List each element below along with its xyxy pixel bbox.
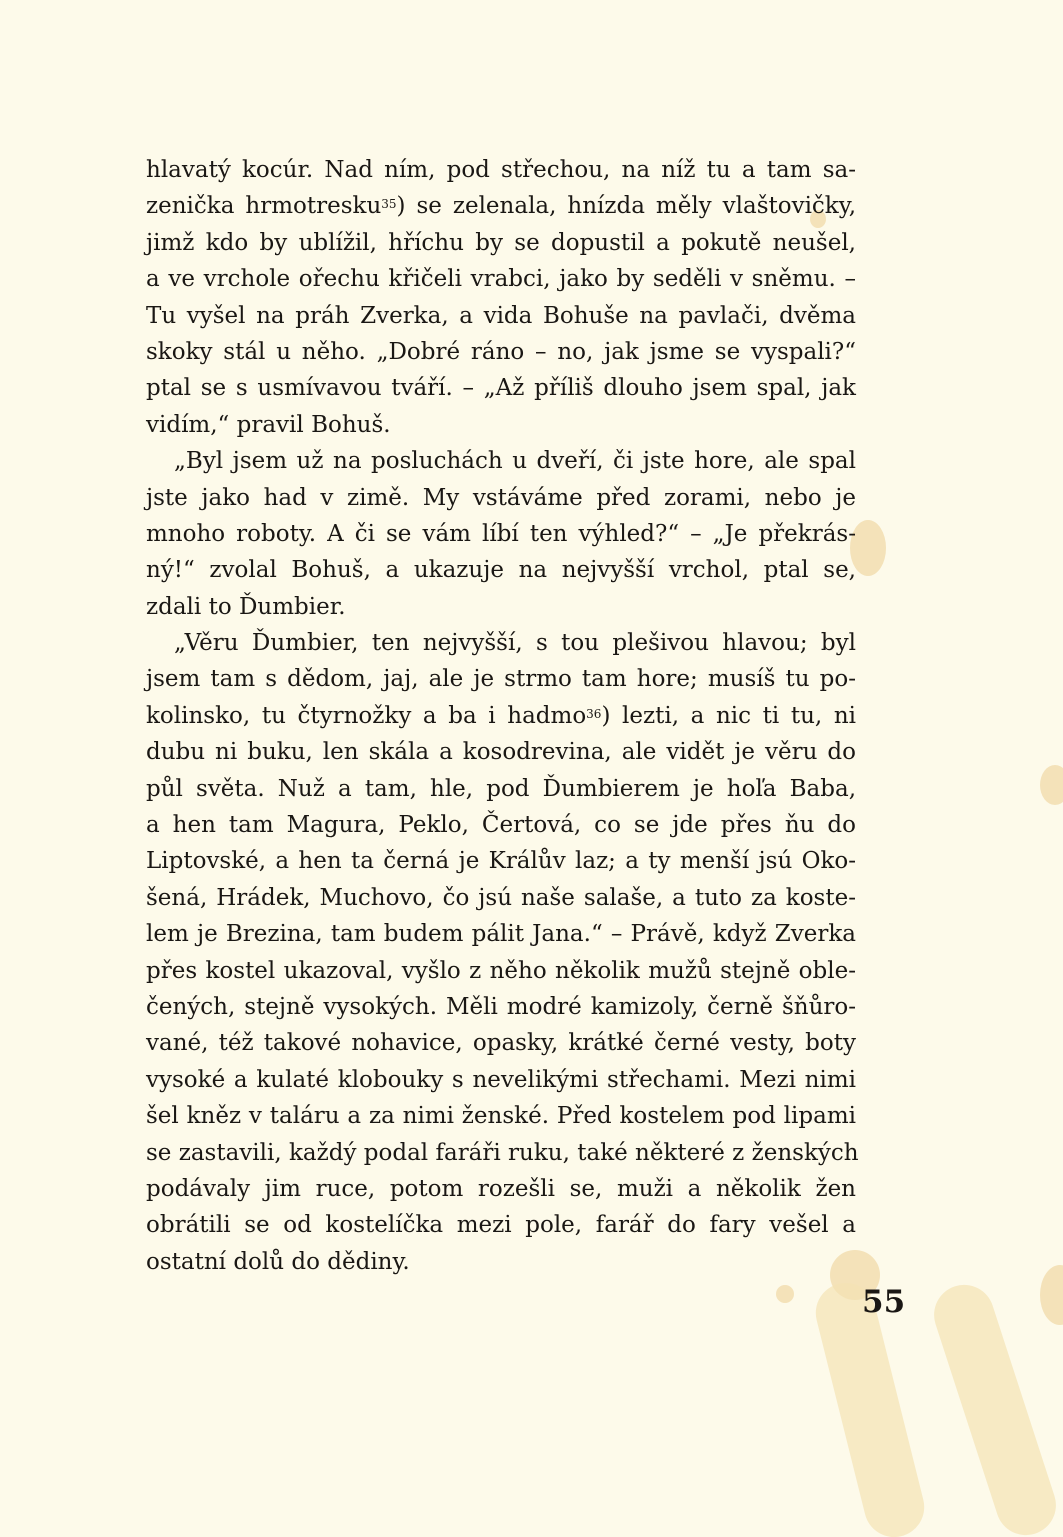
text-line: skoky stál u něho. „Dobré ráno – no, jak…: [146, 334, 856, 370]
text-line: zdali to Ďumbier.: [146, 589, 856, 625]
text-line: jimž kdo by ublížil, hříchu by se dopust…: [146, 225, 856, 261]
text-line: ostatní dolů do dědiny.: [146, 1244, 856, 1280]
text-line: „Věru Ďumbier, ten nejvyšší, s tou pleši…: [146, 625, 856, 661]
text-line: ný!“ zvolal Bohuš, a ukazuje na nejvyšší…: [146, 552, 856, 588]
page-number: 55: [862, 1284, 905, 1320]
paragraph-3: „Věru Ďumbier, ten nejvyšší, s tou pleši…: [146, 625, 856, 1280]
text-line: se zastavili, každý podal faráři ruku, t…: [146, 1135, 856, 1171]
paragraph-2: „Byl jsem už na posluchách u dveří, či j…: [146, 443, 856, 625]
text-line: jsem tam s dědom, jaj, ale je strmo tam …: [146, 661, 856, 697]
text-line: obrátili se od kostelíčka mezi pole, far…: [146, 1207, 856, 1243]
paper-stain: [1040, 765, 1063, 805]
text-line: dubu ni buku, len skála a kosodrevina, a…: [146, 734, 856, 770]
footnote-ref: 36: [586, 707, 601, 721]
text-line: hlavatý kocúr. Nad ním, pod střechou, na…: [146, 152, 856, 188]
paper-streak: [926, 1277, 1063, 1537]
paragraph-1: hlavatý kocúr. Nad ním, pod střechou, na…: [146, 152, 856, 443]
text-line: přes kostel ukazoval, vyšlo z něho někol…: [146, 953, 856, 989]
text-line: půl světa. Nuž a tam, hle, pod Ďumbierem…: [146, 771, 856, 807]
text-line: a ve vrchole ořechu křičeli vrabci, jako…: [146, 261, 856, 297]
paper-stain: [1040, 1265, 1063, 1325]
text-line: vidím,“ pravil Bohuš.: [146, 407, 856, 443]
text-line: „Byl jsem už na posluchách u dveří, či j…: [146, 443, 856, 479]
text-line: jste jako had v zimě. My vstáváme před z…: [146, 480, 856, 516]
text-line: kolinsko, tu čtyrnožky a ba i hadmo36) l…: [146, 698, 856, 734]
page-body: hlavatý kocúr. Nad ním, pod střechou, na…: [146, 152, 856, 1280]
text-line: vysoké a kulaté klobouky s nevelikými st…: [146, 1062, 856, 1098]
text-line: šel kněz v taláru a za nimi ženské. Před…: [146, 1098, 856, 1134]
text-line: lem je Brezina, tam budem pálit Jana.“ –…: [146, 916, 856, 952]
text-line: Tu vyšel na práh Zverka, a vida Bohuše n…: [146, 298, 856, 334]
text-line: podávaly jim ruce, potom rozešli se, muž…: [146, 1171, 856, 1207]
text-line: mnoho roboty. A či se vám líbí ten výhle…: [146, 516, 856, 552]
text-line: vané, též takové nohavice, opasky, krátk…: [146, 1025, 856, 1061]
text-line: a hen tam Magura, Peklo, Čertová, co se …: [146, 807, 856, 843]
text-line: ptal se s usmívavou tváří. – „Až příliš …: [146, 370, 856, 406]
footnote-ref: 35: [381, 197, 396, 211]
text-line: čených, stejně vysokých. Měli modré kami…: [146, 989, 856, 1025]
paper-stain: [776, 1285, 794, 1303]
text-line: Liptovské, a hen ta černá je Králův laz;…: [146, 843, 856, 879]
text-line: zenička hrmotresku35) se zelenala, hnízd…: [146, 188, 856, 224]
text-line: šená, Hrádek, Muchovo, čo jsú naše salaš…: [146, 880, 856, 916]
